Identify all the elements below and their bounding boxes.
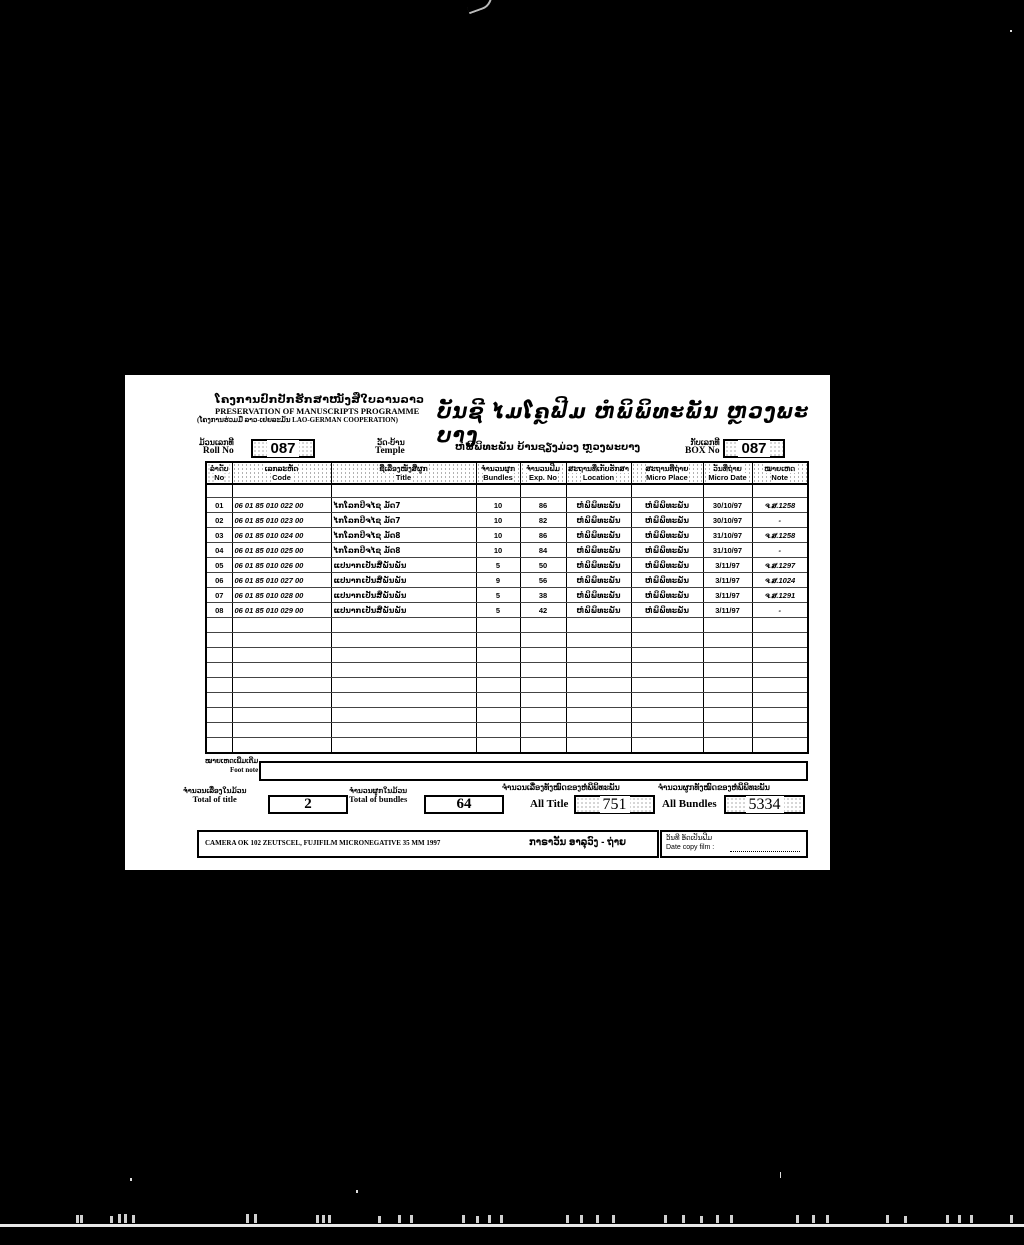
- cell-note: ຈ.ສ.1297: [752, 558, 808, 573]
- cell-micro-place: ຫໍພິພິທະພັນ: [631, 498, 703, 513]
- all-title-label-lao: ຈຳນວນເລື່ອງທັງໝົດຂອງຫໍພິພິທະພັນ: [502, 783, 620, 792]
- table-row: 02 06 01 85 010 023 00 ໄກໂລກປິຈໄຊ ມັດ7 1…: [206, 513, 808, 528]
- cell-location: ຫໍພິພິທະພັນ: [566, 513, 631, 528]
- cell-bundles: 10: [476, 498, 520, 513]
- microfilm-record-sheet: ໂຄງການປົກປັກຮັກສາໜັງສືໃບລານລາວ PRESERVAT…: [125, 375, 830, 870]
- table-row: 01 06 01 85 010 022 00 ໄກໂລກປິຈໄຊ ມັດ7 1…: [206, 498, 808, 513]
- cell-micro-place: ຫໍພິພິທະພັນ: [631, 528, 703, 543]
- cell-exp-no: 82: [520, 513, 566, 528]
- cell-location: ຫໍພິພິທະພັນ: [566, 588, 631, 603]
- temple-value: ຫໍພິພິທະພັນ ບ້ານຊຽງມ່ວງ ຫຼວງພະບາງ: [455, 442, 640, 453]
- col-header-bundles: ຈຳນວນຜູກBundles: [476, 462, 520, 484]
- total-bundles-label-en: Total of bundles: [349, 795, 407, 803]
- cell-no: 02: [206, 513, 232, 528]
- cell-title: ແປນາກເປັນສີ່ພັນພັນ: [331, 603, 476, 618]
- cell-exp-no: 38: [520, 588, 566, 603]
- cell-note: ຈ.ສ.1291: [752, 588, 808, 603]
- cell-bundles: 5: [476, 603, 520, 618]
- date-copy-field[interactable]: [730, 851, 800, 852]
- cell-bundles: 5: [476, 588, 520, 603]
- all-bundles-value: 5334: [746, 796, 784, 813]
- total-bundles-label: ຈຳນວນຜູກໃນມ້ວນ Total of bundles: [349, 787, 407, 803]
- cell-exp-no: 86: [520, 498, 566, 513]
- col-header-note: ໝາຍເຫດNote: [752, 462, 808, 484]
- box-label: ກັບເລກທີ BOX No: [685, 439, 720, 455]
- footnote-label-lao: ໝາຍເຫດເພີ່ມເຕີມ: [205, 758, 258, 766]
- cell-exp-no: 84: [520, 543, 566, 558]
- table-row: 08 06 01 85 010 029 00 ແປນາກເປັນສີ່ພັນພັ…: [206, 603, 808, 618]
- table-row-empty: [206, 708, 808, 723]
- all-bundles-label-en: All Bundles: [662, 798, 717, 810]
- cell-no: 01: [206, 498, 232, 513]
- cell-micro-place: ຫໍພິພິທະພັນ: [631, 543, 703, 558]
- cell-code: 06 01 85 010 026 00: [232, 558, 331, 573]
- table-row-empty: [206, 618, 808, 633]
- cell-title: ແປນາກເປັນສີ່ພັນພັນ: [331, 573, 476, 588]
- cell-micro-place: ຫໍພິພິທະພັນ: [631, 558, 703, 573]
- footnote-label: ໝາຍເຫດເພີ່ມເຕີມ Foot note: [205, 758, 258, 774]
- cell-location: ຫໍພິພິທະພັນ: [566, 573, 631, 588]
- table-row: 07 06 01 85 010 028 00 ແປນາກເປັນສີ່ພັນພັ…: [206, 588, 808, 603]
- roll-number-value: 087: [267, 440, 298, 457]
- cell-no: 06: [206, 573, 232, 588]
- cell-note: -: [752, 513, 808, 528]
- cell-bundles: 10: [476, 513, 520, 528]
- table-row-empty: [206, 633, 808, 648]
- col-header-exp-no: ຈຳນວນຟີມExp. No: [520, 462, 566, 484]
- scan-speck: [356, 1190, 358, 1193]
- cell-micro-date: 30/10/97: [703, 513, 752, 528]
- cell-note: ຈ.ສ.1258: [752, 528, 808, 543]
- scan-speck: [780, 1172, 781, 1178]
- table-row-empty: [206, 723, 808, 738]
- cell-location: ຫໍພິພິທະພັນ: [566, 558, 631, 573]
- cell-exp-no: 42: [520, 603, 566, 618]
- cell-bundles: 10: [476, 543, 520, 558]
- cell-title: ແປນາກເປັນສີ່ພັນພັນ: [331, 558, 476, 573]
- cell-title: ໄກໂລກປິຈໄຊ ມັດ7: [331, 513, 476, 528]
- cell-code: 06 01 85 010 028 00: [232, 588, 331, 603]
- table-row: 03 06 01 85 010 024 00 ໄກໂລກປິຈໄຊ ມັດ8 1…: [206, 528, 808, 543]
- col-header-micro-date: ວັນທີ່ຖ່າຍMicro Date: [703, 462, 752, 484]
- total-title-field[interactable]: 2: [268, 795, 348, 814]
- scan-artifact-arc: [464, 0, 496, 14]
- cell-micro-place: ຫໍພິພິທະພັນ: [631, 603, 703, 618]
- total-bundles-field[interactable]: 64: [424, 795, 504, 814]
- box-label-en: BOX No: [685, 447, 720, 455]
- table-header-row: ລຳດັບNo ເລກລະຫັດCode ຊື່ເລື່ອງໜັງສືຜູກTi…: [206, 462, 808, 484]
- temple-label: ວັດ-ບ້ານ Temple: [375, 439, 405, 455]
- cell-note: ຈ.ສ.1258: [752, 498, 808, 513]
- table-row: 05 06 01 85 010 026 00 ແປນາກເປັນສີ່ພັນພັ…: [206, 558, 808, 573]
- cell-title: ໄກໂລກປິຈໄຊ ມັດ8: [331, 543, 476, 558]
- cell-title: ແປນາກເປັນສີ່ພັນພັນ: [331, 588, 476, 603]
- cell-location: ຫໍພິພິທະພັນ: [566, 528, 631, 543]
- cell-location: ຫໍພິພິທະພັນ: [566, 543, 631, 558]
- box-number-field[interactable]: 087: [723, 439, 785, 458]
- cell-note: -: [752, 603, 808, 618]
- cell-note: -: [752, 543, 808, 558]
- col-header-no: ລຳດັບNo: [206, 462, 232, 484]
- cell-bundles: 9: [476, 573, 520, 588]
- roll-label-en: Roll No: [199, 447, 234, 455]
- cell-exp-no: 86: [520, 528, 566, 543]
- roll-number-field[interactable]: 087: [251, 439, 315, 458]
- cell-title: ໄກໂລກປິຈໄຊ ມັດ8: [331, 528, 476, 543]
- cell-micro-date: 3/11/97: [703, 558, 752, 573]
- table-row-empty: [206, 663, 808, 678]
- cell-title: ໄກໂລກປິຈໄຊ ມັດ7: [331, 498, 476, 513]
- camera-info-box: CAMERA OK 102 ZEUTSCEL, FUJIFILM MICRONE…: [197, 830, 659, 858]
- cell-code: 06 01 85 010 024 00: [232, 528, 331, 543]
- cell-micro-place: ຫໍພິພິທະພັນ: [631, 588, 703, 603]
- cell-no: 04: [206, 543, 232, 558]
- col-header-micro-place: ສະຖານທີ່ຖ່າຍMicro Place: [631, 462, 703, 484]
- cell-micro-date: 3/11/97: [703, 573, 752, 588]
- all-title-field[interactable]: 751: [574, 795, 655, 814]
- table-row: 06 06 01 85 010 027 00 ແປນາກເປັນສີ່ພັນພັ…: [206, 573, 808, 588]
- camera-operator: ກາຣາວັນ ອາລຸວົງ - ຖ່າຍ: [529, 837, 626, 848]
- all-title-value: 751: [600, 796, 630, 813]
- cell-location: ຫໍພິພິທະພັນ: [566, 603, 631, 618]
- temple-label-en: Temple: [375, 447, 405, 455]
- all-bundles-field[interactable]: 5334: [724, 795, 805, 814]
- date-copy-film-box: ວັນທີ ອັດເປັນຟີມ Date copy film :: [660, 830, 808, 858]
- cell-code: 06 01 85 010 029 00: [232, 603, 331, 618]
- cell-no: 07: [206, 588, 232, 603]
- cell-note: ຈ.ສ.1024: [752, 573, 808, 588]
- cell-micro-date: 31/10/97: [703, 543, 752, 558]
- total-title-label: ຈຳນວນເລື່ອງໃນມ້ວນ Total of title: [183, 787, 246, 803]
- table-row-empty: [206, 738, 808, 754]
- cell-no: 05: [206, 558, 232, 573]
- table-row-empty: [206, 693, 808, 708]
- date-copy-label-en: Date copy film :: [666, 844, 714, 851]
- table-row-empty: [206, 648, 808, 663]
- cell-micro-place: ຫໍພິພິທະພັນ: [631, 513, 703, 528]
- cell-no: 03: [206, 528, 232, 543]
- col-header-code: ເລກລະຫັດCode: [232, 462, 331, 484]
- col-header-location: ສະຖານທີ່ເກັບຮັກສາLocation: [566, 462, 631, 484]
- footnote-field[interactable]: [259, 761, 808, 781]
- cell-code: 06 01 85 010 027 00: [232, 573, 331, 588]
- footnote-label-en: Foot note: [205, 766, 258, 774]
- table-row: 04 06 01 85 010 025 00 ໄກໂລກປິຈໄຊ ມັດ8 1…: [206, 543, 808, 558]
- cell-bundles: 5: [476, 558, 520, 573]
- cell-micro-date: 30/10/97: [703, 498, 752, 513]
- cell-micro-date: 31/10/97: [703, 528, 752, 543]
- table-row-empty: [206, 678, 808, 693]
- scan-speck: [130, 1178, 132, 1181]
- cell-code: 06 01 85 010 023 00: [232, 513, 331, 528]
- cell-code: 06 01 85 010 025 00: [232, 543, 331, 558]
- box-number-value: 087: [738, 440, 769, 457]
- all-bundles-label-lao: ຈຳນວນຜູກທັງໝົດຂອງຫໍພິພິທະພັນ: [658, 783, 770, 792]
- program-title-en: PRESERVATION OF MANUSCRIPTS PROGRAMME: [215, 406, 419, 416]
- microfilm-table: ລຳດັບNo ເລກລະຫັດCode ຊື່ເລື່ອງໜັງສືຜູກTi…: [205, 461, 809, 754]
- roll-label: ມ້ວນເລກທີ Roll No: [199, 439, 234, 455]
- program-title-lao: ໂຄງການປົກປັກຮັກສາໜັງສືໃບລານລາວ: [215, 393, 424, 406]
- scan-speck: [1010, 30, 1012, 32]
- all-title-label-en: All Title: [530, 798, 568, 810]
- cell-micro-place: ຫໍພິພິທະພັນ: [631, 573, 703, 588]
- cell-code: 06 01 85 010 022 00: [232, 498, 331, 513]
- date-copy-label-lao: ວັນທີ ອັດເປັນຟີມ: [666, 834, 712, 842]
- col-header-title: ຊື່ເລື່ອງໜັງສືຜູກTitle: [331, 462, 476, 484]
- film-edge-strip: [0, 1205, 1024, 1227]
- cell-exp-no: 50: [520, 558, 566, 573]
- cell-no: 08: [206, 603, 232, 618]
- total-title-label-en: Total of title: [183, 795, 246, 803]
- program-cooperation: (ໂຄງການຮ່ວມມື ລາວ-ເຢຍລະມັນ LAO-GERMAN CO…: [197, 416, 398, 424]
- cell-location: ຫໍພິພິທະພັນ: [566, 498, 631, 513]
- cell-micro-date: 3/11/97: [703, 603, 752, 618]
- cell-exp-no: 56: [520, 573, 566, 588]
- camera-info-text: CAMERA OK 102 ZEUTSCEL, FUJIFILM MICRONE…: [205, 839, 440, 847]
- table-row-blank: [206, 484, 808, 498]
- cell-micro-date: 3/11/97: [703, 588, 752, 603]
- cell-bundles: 10: [476, 528, 520, 543]
